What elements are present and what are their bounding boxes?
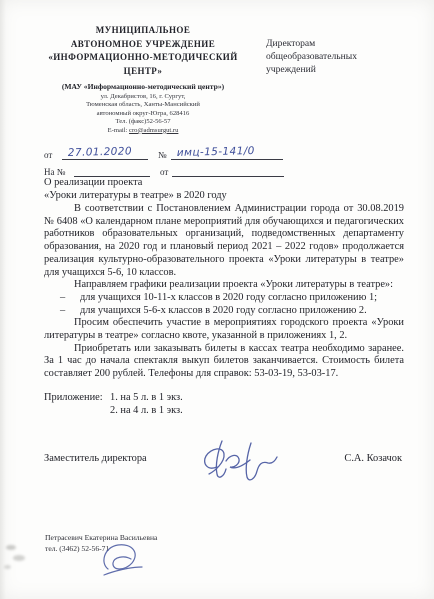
number-label: № bbox=[158, 150, 171, 160]
reply-date-line bbox=[172, 161, 284, 177]
handwritten-number: имц-15-141/0 bbox=[176, 145, 254, 159]
list-item-text: для учащихся 10-11-х классов в 2020 году… bbox=[80, 292, 377, 305]
reference-row-reply: На № от bbox=[44, 160, 304, 177]
signature-row: Заместитель директора С.А. Козачок bbox=[44, 433, 404, 485]
from-label: от bbox=[44, 150, 62, 160]
email-address: cro@admsurgut.ru bbox=[129, 127, 178, 134]
executor-phone: тел. (3462) 52-56-71 bbox=[45, 544, 265, 555]
attachment-block: Приложение: 1. на 5 л. в 1 экз. 2. на 4 … bbox=[44, 392, 404, 417]
body-paragraph-2: Направляем графики реализации проекта «У… bbox=[44, 279, 404, 292]
recipient-line: Директорам bbox=[266, 37, 416, 50]
email-line: E-mail: cro@admsurgut.ru bbox=[38, 127, 248, 135]
letter-body: В соответствии с Постановлением Админист… bbox=[44, 203, 404, 485]
subject-line: «Уроки литературы в театре» в 2020 году bbox=[44, 189, 364, 202]
org-name-line: ЦЕНТР» bbox=[38, 65, 248, 79]
reference-row-outgoing: от 27.01.2020 № имц-15-141/0 bbox=[44, 143, 304, 160]
email-label: E-mail: bbox=[108, 127, 128, 134]
footer-signature-scribble-icon bbox=[98, 537, 146, 579]
attachment-items: 1. на 5 л. в 1 экз. 2. на 4 л. в 1 экз. bbox=[110, 392, 183, 417]
date-line: 27.01.2020 bbox=[62, 144, 148, 160]
scanned-letter-page: МУНИЦИПАЛЬНОЕ АВТОНОМНОЕ УЧРЕЖДЕНИЕ «ИНФ… bbox=[0, 0, 434, 599]
executor-contact-block: Петрасевич Екатерина Васильевна тел. (34… bbox=[45, 533, 265, 554]
address-line: ул. Декабристов, 16, г. Сургут, bbox=[38, 93, 248, 101]
list-item-text: для учащихся 5-6-х классов в 2020 году с… bbox=[80, 305, 367, 318]
body-paragraph-1: В соответствии с Постановлением Админист… bbox=[44, 203, 404, 279]
attachment-item: 1. на 5 л. в 1 экз. bbox=[110, 392, 183, 405]
list-item: – для учащихся 5-6-х классов в 2020 году… bbox=[44, 305, 404, 318]
number-line: имц-15-141/0 bbox=[171, 144, 283, 160]
appendix-list: – для учащихся 10-11-х классов в 2020 го… bbox=[44, 292, 404, 317]
attachment-label: Приложение: bbox=[44, 392, 110, 417]
signer-name: С.А. Козачок bbox=[344, 453, 404, 466]
list-item: – для учащихся 10-11-х классов в 2020 го… bbox=[44, 292, 404, 305]
scan-edge-shade bbox=[0, 0, 6, 599]
dash-marker: – bbox=[44, 292, 80, 305]
subject-line: О реализации проекта bbox=[44, 176, 364, 189]
attachment-item: 2. на 4 л. в 1 экз. bbox=[110, 405, 183, 418]
org-name-line: МУНИЦИПАЛЬНОЕ bbox=[38, 24, 248, 38]
signature-ink-main bbox=[127, 433, 345, 485]
recipient-line: общеобразовательных bbox=[266, 50, 416, 63]
letterhead-address: ул. Декабристов, 16, г. Сургут, Тюменска… bbox=[38, 93, 248, 135]
org-short-name: (МАУ «Информационно-методический центр») bbox=[30, 82, 256, 91]
org-name-line: АВТОНОМНОЕ УЧРЕЖДЕНИЕ bbox=[38, 38, 248, 52]
recipient-line: учреждений bbox=[266, 63, 416, 76]
address-line: Тюменская область, Ханты-Мансийский bbox=[38, 101, 248, 109]
address-line: Тел. (факс)52-56-57 bbox=[38, 118, 248, 126]
address-line: автономный округ-Югра, 628416 bbox=[38, 110, 248, 118]
executor-name: Петрасевич Екатерина Васильевна bbox=[45, 533, 265, 544]
body-paragraph-4: Приобретать или заказывать билеты в касс… bbox=[44, 343, 404, 381]
scan-smudge bbox=[4, 565, 11, 569]
signature-ink-footer bbox=[98, 537, 146, 584]
reference-block: от 27.01.2020 № имц-15-141/0 На № от bbox=[44, 143, 304, 177]
scan-smudge bbox=[6, 545, 16, 550]
org-name-line: «ИНФОРМАЦИОННО-МЕТОДИЧЕСКИЙ bbox=[38, 51, 248, 65]
dash-marker: – bbox=[44, 305, 80, 318]
handwritten-date: 27.01.2020 bbox=[68, 145, 132, 159]
recipient-block: Директорам общеобразовательных учреждени… bbox=[266, 37, 416, 76]
subject-block: О реализации проекта «Уроки литературы в… bbox=[44, 176, 364, 202]
signature-scribble-icon bbox=[193, 433, 279, 485]
scan-smudge bbox=[13, 555, 25, 561]
letterhead-org-name: МУНИЦИПАЛЬНОЕ АВТОНОМНОЕ УЧРЕЖДЕНИЕ «ИНФ… bbox=[38, 24, 248, 78]
body-paragraph-3: Просим обеспечить участие в мероприятиях… bbox=[44, 317, 404, 342]
reply-number-line bbox=[74, 161, 150, 177]
